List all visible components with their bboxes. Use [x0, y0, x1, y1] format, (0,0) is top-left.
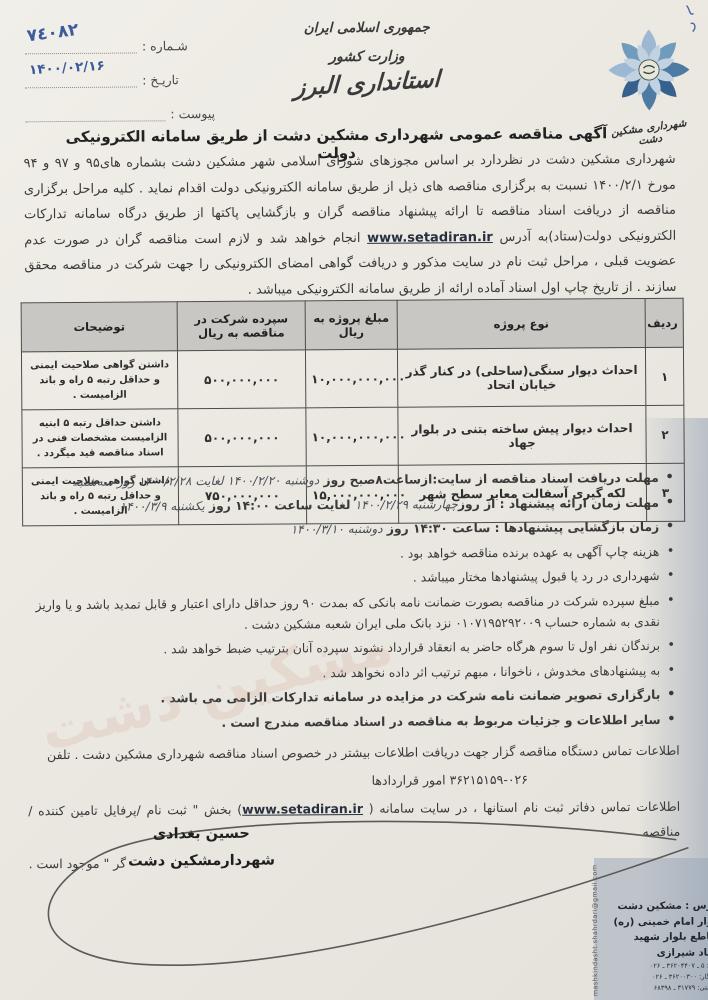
document-meta: شـماره : ۷٤۰۸۲ تاريـخ : ۱۴۰۰/۰۲/۱۶ پیوست… [23, 35, 224, 138]
bullet-text: مهلت دریافت اسناد مناقصه از سایت:ازساعت۸… [319, 471, 659, 487]
attachment-row: پیوست : [23, 103, 223, 123]
project-amount: ۱۰,۰۰۰,۰۰۰,۰۰۰ [306, 407, 398, 466]
setadiran-link[interactable]: www.setadiran.ir [367, 230, 493, 246]
col-project-type: نوع پروژه [397, 298, 645, 349]
number-row: شـماره : ۷٤۰۸۲ [23, 35, 223, 55]
footer-phone: تلفن: ۵ ـ ۳۶۲۰۴۴۰۷ ـ ۰۲۶ [591, 960, 708, 972]
bullet-text: مبلغ سپرده شرکت در مناقصه بصورت ضمانت نا… [36, 593, 660, 631]
bullet-text: بارگزاری تصویر ضمانت نامه شرکت در مزایده… [160, 688, 660, 705]
pen-marks-icon [681, 2, 703, 38]
notes-cell: داشتن حداقل رتبه ۵ ابنیه الزامیست مشخصات… [22, 409, 178, 468]
project-name: احداث دیوار سنگی(ساحلی) در کنار گذر خیاب… [397, 347, 645, 407]
project-amount: ۱۰,۰۰۰,۰۰۰,۰۰۰ [305, 349, 397, 408]
list-item: هزینه چاپ آگهی به عهده برنده مناقصه خواه… [28, 541, 674, 567]
date-row: تاريـخ : ۱۴۰۰/۰۲/۱۶ [23, 69, 223, 89]
row-number: ۱ [645, 347, 683, 405]
letterhead: جمهوری اسلامی ایران وزارت کشور استانداری… [247, 19, 488, 98]
list-item: به پیشنهادهای مخدوش ، ناخوانا ، مبهم ترت… [29, 660, 675, 686]
list-item: مهلت دریافت اسناد مناقصه از سایت:ازساعت۸… [28, 468, 674, 494]
table-row: ۱ احداث دیوار سنگی(ساحلی) در کنار گذر خی… [21, 347, 683, 410]
list-item: مبلغ سپرده شرکت در مناقصه بصورت ضمانت نا… [29, 590, 675, 637]
signatory-name: حسین بغدادی [96, 820, 306, 848]
conditions-list: مهلت دریافت اسناد مناقصه از سایت:ازساعت۸… [28, 468, 676, 739]
number-value-handwritten: ۷٤۰۸۲ [26, 19, 80, 46]
address-line: آدرس : مشکین دشت [591, 898, 708, 914]
bullet-text: به پیشنهادهای مخدوش ، ناخوانا ، مبهم ترت… [322, 663, 660, 679]
bullet-text: مهلت زمان ارائه پیشنهاد : از روز [458, 495, 659, 510]
bullet-text: برندگان نفر اول تا سوم هرگاه حاضر به انع… [163, 639, 660, 656]
bullet-text: هزینه چاپ آگهی به عهده برنده مناقصه خواه… [400, 544, 659, 560]
letterhead-country: جمهوری اسلامی ایران [247, 19, 487, 37]
date-label: تاريـخ : [142, 72, 179, 87]
list-item: شهرداری در رد یا قبول پیشنهادها مختار می… [28, 566, 674, 592]
footer-fax: دورنگار: ۳۶۲۰۰۳۰۰ ـ ۰۲۶ [591, 971, 708, 983]
intro-paragraph: شهرداری مشکین دشت در نظردارد بر اساس مجو… [24, 147, 677, 305]
deposit-amount: ۵۰۰,۰۰۰,۰۰۰ [177, 350, 305, 409]
list-item: مهلت زمان ارائه پیشنهاد : از روزچهارشنبه… [28, 492, 674, 518]
col-notes: توضیحات [21, 302, 177, 352]
col-project-amount: مبلغ پروژه به ریال [305, 300, 397, 350]
list-item: سایر اطلاعات و جزئیات مربوط به مناقصه در… [29, 709, 675, 735]
letterhead-ministry: وزارت کشور [247, 48, 487, 66]
document-content: شـماره : ۷٤۰۸۲ تاريـخ : ۱۴۰۰/۰۲/۱۶ پیوست… [0, 0, 708, 1000]
bullet-text: شهرداری در رد یا قبول پیشنهادها مختار می… [413, 569, 660, 585]
table-row: ۲ احداث دیوار پیش ساخته بتنی در بلوار جه… [22, 405, 684, 468]
date-dotted-line: ۱۴۰۰/۰۲/۱۶ [25, 73, 137, 88]
deposit-amount: ۵۰۰,۰۰۰,۰۰۰ [178, 408, 306, 467]
handwritten-date: یکشنبه ۱۴۰۰/۳/۹ [120, 499, 205, 514]
bullet-text: لغایت ساعت ۱۴:۰۰ روز [205, 497, 355, 512]
contact-line-1: اطلاعات تماس دستگاه مناقصه گزار جهت دریا… [28, 738, 680, 768]
handwritten-date: دوشنبه ۱۴۰۰/۲/۲۰ لغایت ۱۴۰۰/۲/۲۸ روز سه‌… [73, 473, 319, 489]
col-row-number: ردیف [645, 298, 683, 347]
date-value-handwritten: ۱۴۰۰/۰۲/۱۶ [29, 57, 106, 77]
table-header-row: ردیف نوع پروژه مبلغ پروژه به ریال سپرده … [21, 298, 683, 352]
footer-postal-code: کدپستی: ۳۱۷۷۹ ـ ۶۸۳۹۸ [591, 982, 708, 994]
signatory: حسین بغدادی شهردارمشکین دشت [96, 820, 306, 875]
list-item: برندگان نفر اول تا سوم هرگاه حاضر به انع… [29, 636, 675, 662]
address-line: تقاطع بلوار شهید [591, 929, 708, 945]
project-name: احداث دیوار پیش ساخته بتنی در بلوار جهاد [398, 405, 646, 465]
letterhead-footer: آدرس : مشکین دشت بلوار امام خمینی (ره) ت… [591, 898, 708, 994]
scanned-document: شـماره : ۷٤۰۸۲ تاريـخ : ۱۴۰۰/۰۲/۱۶ پیوست… [0, 0, 708, 1000]
footer-email-vertical: mashkindasht.shahrdari@gmail.com [591, 878, 600, 996]
number-dotted-line: ۷٤۰۸۲ [25, 39, 137, 54]
contact-phone-line: ۳۶۲۱۵۱۵۹-۰۲۶ امور قراردادها [28, 766, 680, 796]
list-item: زمان بازگشایی پیشنهادها : ساعت ۱۴:۳۰ روز… [28, 517, 674, 543]
address-line: بلوار امام خمینی (ره) [591, 914, 708, 930]
handwritten-date: دوشنبه ۱۴۰۰/۳/۱۰ [291, 522, 383, 537]
bullet-text: سایر اطلاعات و جزئیات مربوط به مناقصه در… [221, 712, 660, 729]
letterhead-governorate: استانداری البرز [247, 64, 488, 104]
col-deposit: سپرده شرکت در مناقصه به ریال [177, 301, 305, 351]
signatory-role: شهردارمشکین دشت [96, 847, 306, 875]
list-item: بارگزاری تصویر ضمانت نامه شرکت در مزایده… [29, 685, 675, 711]
handwritten-date: چهارشنبه ۱۴۰۰/۲/۲۹ [355, 497, 458, 512]
row-number: ۲ [646, 405, 684, 463]
number-label: شـماره : [142, 38, 188, 53]
attachment-dotted-line [25, 107, 165, 122]
bullet-text: زمان بازگشایی پیشنهادها : ساعت ۱۴:۳۰ روز [383, 520, 660, 536]
notes-cell: داشتن گواهی صلاحیت ایمنی و حداقل رتبه ۵ … [21, 351, 177, 410]
attachment-label: پیوست : [170, 106, 215, 121]
address-line: صیاد شیرازی [591, 945, 708, 961]
